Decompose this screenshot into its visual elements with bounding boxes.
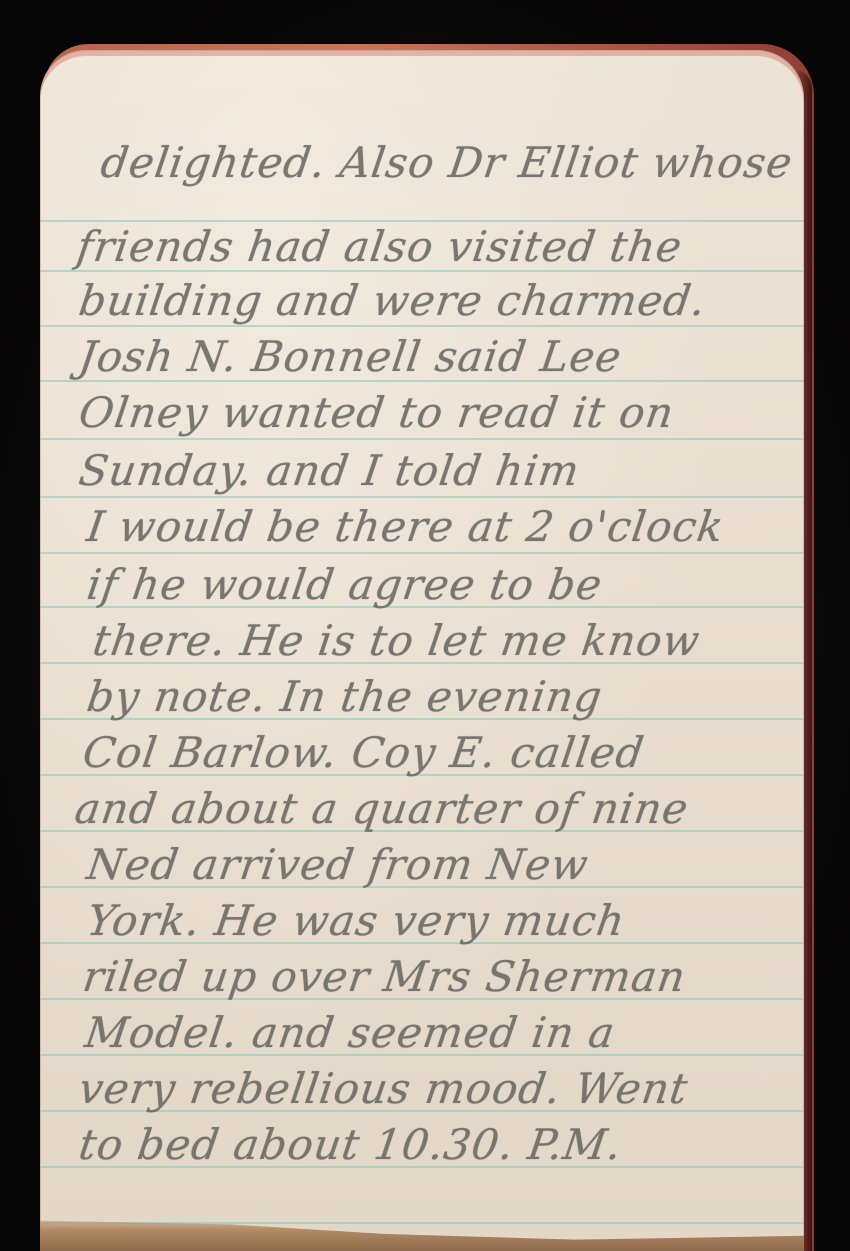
- text-line: friends had also visited the: [74, 222, 686, 271]
- rule-line: [40, 496, 804, 498]
- text-line: Ned arrived from New: [84, 840, 592, 889]
- text-line: Model. and seemed in a: [82, 1008, 618, 1057]
- text-line: there. He is to let me know: [90, 616, 703, 665]
- notebook-page: delighted. Also Dr Elliot whose friends …: [40, 50, 804, 1251]
- text-line: Sunday. and I told him: [76, 446, 583, 495]
- text-line: riled up over Mrs Sherman: [80, 952, 689, 1001]
- text-line: if he would agree to be: [84, 560, 606, 609]
- text-line: Josh N. Bonnell said Lee: [76, 332, 625, 381]
- text-line: by note. In the evening: [84, 672, 606, 721]
- rule-line: [40, 325, 804, 327]
- text-line: Col Barlow. Coy E. called: [80, 728, 647, 777]
- text-line: very rebellious mood. Went: [76, 1064, 691, 1113]
- rule-line: [40, 552, 804, 554]
- text-line: York. He was very much: [84, 896, 628, 945]
- text-line: and about a quarter of nine: [72, 784, 692, 833]
- text-line: building and were charmed.: [76, 276, 709, 325]
- text-line: to bed about 10.30. P.M.: [76, 1120, 625, 1169]
- text-line: Olney wanted to read it on: [76, 388, 677, 437]
- text-line: I would be there at 2 o'clock: [84, 502, 727, 551]
- rule-line: [40, 438, 804, 440]
- text-line: delighted. Also Dr Elliot whose: [98, 138, 796, 187]
